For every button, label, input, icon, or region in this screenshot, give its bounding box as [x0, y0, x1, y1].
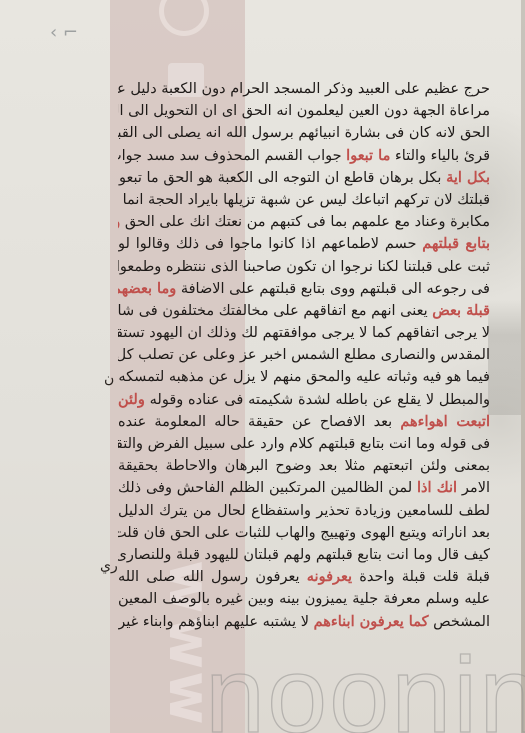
- body-text: المشخص: [429, 614, 491, 630]
- rubric-text: بتابع قبلتهم: [422, 235, 490, 252]
- text-line: مكابرة وعناد مع علمهم بما فى كتبهم من نع…: [118, 211, 490, 233]
- body-text: يعنى انهم مع اتفاقهم على مخالفتك مختلفون…: [118, 303, 432, 319]
- text-line: الحق لانه كان فى بشارة انبيائهم برسول ال…: [118, 122, 490, 144]
- text-line: بتابع قبلتهم حسم لاطماعهم اذا كانوا ماجو…: [118, 233, 490, 255]
- body-text: لمن الظالمين المرتكبين الظلم الفاحش وفى …: [118, 480, 417, 496]
- body-text: حسم لاطماعهم اذا كانوا ماجوا فى ذلك وقال…: [118, 236, 422, 252]
- body-text: قرئ بالياء والتاء: [390, 148, 490, 164]
- rubric-text: قبلة بعض: [432, 302, 490, 319]
- body-text: لا يشتبه عليهم ابناؤهم وابناء غيرهم: [118, 614, 314, 630]
- text-line: فيما هو فيه وثباته عليه والمحق منهم لا ي…: [118, 366, 490, 388]
- body-text: قبلة قلت قبلة واحدة: [352, 569, 490, 585]
- text-line: مراعاة الجهة دون العين ليعلمون انه الحق …: [118, 100, 490, 122]
- body-text: كيف قال وما انت بتابع قبلتهم ولهم قبلتان…: [118, 547, 490, 563]
- text-line: حرج عظيم على العبيد وذكر المسجد الحرام د…: [118, 78, 490, 100]
- body-text: فى رجوعه الى قبلتهم ووى بتابع قبلتهم على…: [176, 281, 490, 297]
- text-line: لا يرجى اتفاقهم كما لا يرجى موافقتهم لك …: [118, 322, 490, 344]
- body-text: فيما هو فيه وثباته عليه والمحق منهم لا ي…: [118, 369, 490, 385]
- body-text: المقدس والنصارى مطلع الشمس اخبر عز وعلى …: [118, 347, 490, 363]
- rubric-text: وما بعضهم بتابع: [118, 280, 176, 297]
- rubric-text: بكل اية: [446, 169, 490, 186]
- text-line: لطف للسامعين وزيادة تحذير واستفظاع لحال …: [118, 500, 490, 522]
- body-text: يعرفون رسول الله صلى الله: [118, 569, 307, 585]
- watermark-building-icon: [488, 300, 525, 415]
- rubric-text: اتبعت اهواءهم: [400, 413, 490, 430]
- text-line: كيف قال وما انت بتابع قبلتهم ولهم قبلتان…: [118, 544, 490, 566]
- body-text: بعد اناراته ويتبع الهوى وتهييج والهاب لل…: [118, 525, 490, 541]
- text-line: بكل اية بكل برهان قاطع ان التوجه الى الك…: [118, 167, 490, 189]
- body-text: بمعنى ولئن اتبعتهم مثلا بعد وضوح البرهان…: [118, 458, 490, 474]
- body-text: بكل برهان قاطع ان التوجه الى الكعبة هو ا…: [118, 170, 446, 186]
- text-line: المقدس والنصارى مطلع الشمس اخبر عز وعلى …: [118, 344, 490, 366]
- manuscript-page: www ‹ ⌐ حرج عظيم على العبيد وذكر المسجد …: [0, 0, 525, 733]
- body-text: الحق لانه كان فى بشارة انبيائهم برسول ال…: [118, 125, 490, 141]
- body-text: مراعاة الجهة دون العين ليعلمون انه الحق …: [118, 103, 490, 119]
- body-text: حرج عظيم على العبيد وذكر المسجد الحرام د…: [118, 81, 490, 97]
- rubric-text: كما يعرفون ابناءهم: [314, 613, 429, 630]
- body-text: قبلتك لان تركهم اتباعك ليس عن شبهة تزيله…: [118, 192, 490, 208]
- manuscript-text: حرج عظيم على العبيد وذكر المسجد الحرام د…: [118, 78, 490, 633]
- text-line: قبلة بعض يعنى انهم مع اتفاقهم على مخالفت…: [118, 300, 490, 322]
- body-text: الامر: [457, 480, 490, 496]
- body-text: جواب القسم المحذوف سد مسد جواب الشرط: [118, 148, 346, 164]
- text-line: ثبت على قبلتنا لكنا نرجوا ان تكون صاحبنا…: [118, 256, 490, 278]
- page-edge: [521, 0, 525, 733]
- text-line: قرئ بالياء والتاء ما تبعوا جواب القسم ال…: [118, 145, 490, 167]
- rubric-text: يعرفونه: [307, 568, 352, 585]
- text-line: بعد اناراته ويتبع الهوى وتهييج والهاب لل…: [118, 522, 490, 544]
- text-line: المشخص كما يعرفون ابناءهم لا يشتبه عليهم…: [118, 611, 490, 633]
- body-text: والمبطل لا يقلع عن باطله لشدة شكيمته فى …: [145, 392, 490, 408]
- watermark-text: noonin: [205, 650, 525, 733]
- rubric-text: ولئن: [118, 391, 145, 408]
- body-text: لطف للسامعين وزيادة تحذير واستفظاع لحال …: [118, 503, 490, 519]
- text-line: الامر انك اذا لمن الظالمين المرتكبين الظ…: [118, 477, 490, 499]
- body-text: لا يرجى اتفاقهم كما لا يرجى موافقتهم لك …: [118, 325, 490, 341]
- body-text: ثبت على قبلتنا لكنا نرجوا ان تكون صاحبنا…: [118, 259, 490, 275]
- text-line: عليه وسلم معرفة جلية يميزون بينه وبين غي…: [118, 588, 490, 610]
- margin-note: ن: [104, 371, 114, 387]
- text-line: فى رجوعه الى قبلتهم ووى بتابع قبلتهم على…: [118, 278, 490, 300]
- text-line: فى قوله وما انت بتابع قبلتهم كلام وارد ع…: [118, 433, 490, 455]
- body-text: مكابرة وعناد مع علمهم بما فى كتبهم من نع…: [120, 214, 490, 230]
- text-line: قبلتك لان تركهم اتباعك ليس عن شبهة تزيله…: [118, 189, 490, 211]
- text-line: قبلة قلت قبلة واحدة يعرفونه يعرفون رسول …: [118, 566, 490, 588]
- body-text: بعد الافصاح عن حقيقة حاله المعلومة عنده: [118, 414, 400, 430]
- text-line: بمعنى ولئن اتبعتهم مثلا بعد وضوح البرهان…: [118, 455, 490, 477]
- margin-smudge: ‹ ⌐: [50, 22, 100, 62]
- text-line: اتبعت اهواءهم بعد الافصاح عن حقيقة حاله …: [118, 411, 490, 433]
- body-text: فى قوله وما انت بتابع قبلتهم كلام وارد ع…: [118, 436, 490, 452]
- rubric-text: ما تبعوا: [346, 147, 390, 164]
- rubric-text: انك اذا: [417, 479, 457, 496]
- text-line: والمبطل لا يقلع عن باطله لشدة شكيمته فى …: [118, 389, 490, 411]
- margin-note: ري: [100, 558, 118, 574]
- body-text: عليه وسلم معرفة جلية يميزون بينه وبين غي…: [118, 591, 490, 607]
